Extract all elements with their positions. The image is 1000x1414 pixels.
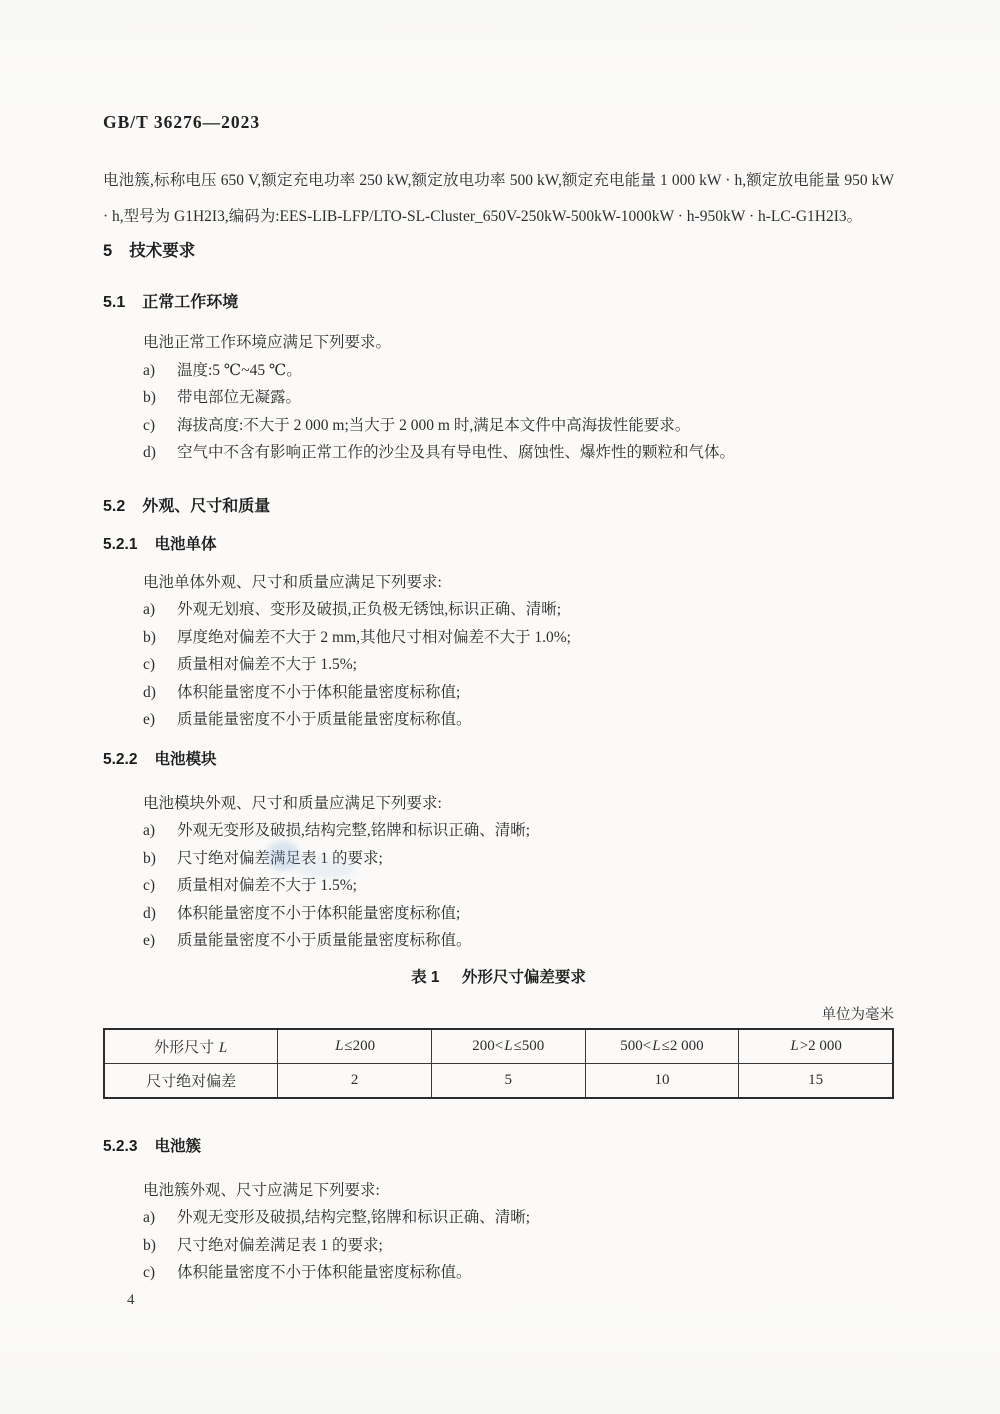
- list-item-label: e): [143, 927, 177, 955]
- list-item-text: 质量相对偏差不大于 1.5%;: [177, 872, 894, 900]
- cell-text: >2 000: [800, 1038, 842, 1054]
- list-item-label: c): [143, 872, 177, 900]
- list-item-text: 外观无变形及破损,结构完整,铭牌和标识正确、清晰;: [177, 817, 894, 845]
- section-521-number: 5.2.1: [103, 533, 137, 557]
- section-521-heading: 5.2.1 电池单体: [103, 533, 894, 557]
- list-item: e) 质量能量密度不小于质量能量密度标称值。: [143, 706, 894, 734]
- list-item-label: a): [143, 596, 177, 624]
- section-51-number: 5.1: [103, 291, 125, 315]
- table-cell: 尺寸绝对偏差: [104, 1063, 278, 1098]
- list-item-label: b): [143, 1232, 177, 1260]
- list-item-text: 体积能量密度不小于体积能量密度标称值;: [177, 679, 894, 707]
- list-item-text: 温度:5 ℃~45 ℃。: [177, 357, 894, 385]
- page-number: 4: [127, 1287, 894, 1314]
- list-item-text: 尺寸绝对偏差满足表 1 的要求;: [177, 845, 894, 873]
- list-item-label: e): [143, 706, 177, 734]
- section-521-title: 电池单体: [154, 533, 216, 557]
- table-header-cell: 外形尺寸 L: [104, 1029, 278, 1064]
- section-522-heading: 5.2.2 电池模块: [103, 748, 894, 772]
- list-item-text: 外观无变形及破损,结构完整,铭牌和标识正确、清晰;: [177, 1204, 894, 1232]
- list-item: c) 海拔高度:不大于 2 000 m;当大于 2 000 m 时,满足本文件中…: [143, 412, 894, 440]
- list-item-text: 空气中不含有影响正常工作的沙尘及具有导电性、腐蚀性、爆炸性的颗粒和气体。: [177, 439, 894, 467]
- section-522-number: 5.2.2: [103, 748, 137, 772]
- section-523-title: 电池簇: [154, 1135, 201, 1159]
- list-item-label: a): [143, 817, 177, 845]
- list-item-text: 厚度绝对偏差不大于 2 mm,其他尺寸相对偏差不大于 1.0%;: [177, 624, 894, 652]
- list-item: e) 质量能量密度不小于质量能量密度标称值。: [143, 927, 894, 955]
- document-page: GB/T 36276—2023 电池簇,标称电压 650 V,额定充电功率 25…: [0, 0, 1000, 1414]
- table-1-unit-note: 单位为毫米: [103, 1005, 894, 1025]
- section-51-title: 正常工作环境: [142, 291, 238, 315]
- list-item-text: 质量能量密度不小于质量能量密度标称值。: [177, 927, 894, 955]
- list-item: d) 体积能量密度不小于体积能量密度标称值;: [143, 900, 894, 928]
- list-item: a) 外观无变形及破损,结构完整,铭牌和标识正确、清晰;: [143, 817, 894, 845]
- list-item-label: b): [143, 624, 177, 652]
- table-cell: 5: [431, 1063, 585, 1098]
- section-51-heading: 5.1 正常工作环境: [103, 291, 894, 315]
- list-item-text: 尺寸绝对偏差满足表 1 的要求;: [177, 1232, 894, 1260]
- section-522-lead: 电池模块外观、尺寸和质量应满足下列要求:: [143, 790, 894, 818]
- list-item-text: 海拔高度:不大于 2 000 m;当大于 2 000 m 时,满足本文件中高海拔…: [177, 412, 894, 440]
- list-item-text: 外观无划痕、变形及破损,正负极无锈蚀,标识正确、清晰;: [177, 596, 894, 624]
- cell-var: L: [789, 1038, 799, 1054]
- list-item-label: c): [143, 651, 177, 679]
- section-5-heading: 5 技术要求: [103, 239, 894, 263]
- table-cell: 2: [278, 1063, 432, 1098]
- list-item-text: 带电部位无凝露。: [177, 384, 894, 412]
- list-item-label: d): [143, 900, 177, 928]
- section-52-number: 5.2: [103, 495, 125, 519]
- list-item-text: 质量能量密度不小于质量能量密度标称值。: [177, 706, 894, 734]
- section-52-title: 外观、尺寸和质量: [142, 495, 270, 519]
- section-521-lead: 电池单体外观、尺寸和质量应满足下列要求:: [143, 569, 894, 597]
- section-523-number: 5.2.3: [103, 1135, 137, 1159]
- list-item: a) 温度:5 ℃~45 ℃。: [143, 357, 894, 385]
- list-item: b) 厚度绝对偏差不大于 2 mm,其他尺寸相对偏差不大于 1.0%;: [143, 624, 894, 652]
- cell-var: L: [651, 1038, 661, 1054]
- table-1-header-row: 外形尺寸 L L≤200 200<L≤500 500<L≤2 000 L>2 0…: [104, 1029, 893, 1064]
- table-1-title: 表 1 外形尺寸偏差要求: [103, 967, 894, 989]
- section-5-title: 技术要求: [129, 239, 195, 263]
- table-header-cell: L>2 000: [739, 1029, 893, 1064]
- intro-paragraph: 电池簇,标称电压 650 V,额定充电功率 250 kW,额定放电功率 500 …: [103, 163, 894, 235]
- list-item-text: 体积能量密度不小于体积能量密度标称值。: [177, 1259, 894, 1287]
- cell-text: ≤500: [514, 1038, 545, 1054]
- doc-number-header: GB/T 36276—2023: [103, 112, 894, 132]
- list-item: b) 尺寸绝对偏差满足表 1 的要求;: [143, 1232, 894, 1260]
- list-item-label: d): [143, 679, 177, 707]
- list-item: c) 体积能量密度不小于体积能量密度标称值。: [143, 1259, 894, 1287]
- section-522-title: 电池模块: [154, 748, 216, 772]
- table-1-data-row: 尺寸绝对偏差 2 5 10 15: [104, 1063, 893, 1098]
- list-item-label: a): [143, 1204, 177, 1232]
- list-item-label: d): [143, 439, 177, 467]
- list-item-label: c): [143, 412, 177, 440]
- table-1-caption: 外形尺寸偏差要求: [462, 969, 586, 986]
- table-header-cell: 500<L≤2 000: [585, 1029, 739, 1064]
- list-item: b) 带电部位无凝露。: [143, 384, 894, 412]
- list-item: c) 质量相对偏差不大于 1.5%;: [143, 651, 894, 679]
- cell-var: L: [218, 1040, 228, 1056]
- section-51-lead: 电池正常工作环境应满足下列要求。: [143, 329, 894, 357]
- list-item: a) 外观无变形及破损,结构完整,铭牌和标识正确、清晰;: [143, 1204, 894, 1232]
- cell-text: ≤2 000: [662, 1038, 704, 1054]
- section-5-number: 5: [103, 239, 112, 263]
- cell-text: 200<: [472, 1038, 503, 1054]
- cell-text: 500<: [620, 1038, 651, 1054]
- list-item-label: a): [143, 357, 177, 385]
- table-header-cell: 200<L≤500: [431, 1029, 585, 1064]
- section-52-heading: 5.2 外观、尺寸和质量: [103, 495, 894, 519]
- table-cell: 15: [739, 1063, 893, 1098]
- list-item: b) 尺寸绝对偏差满足表 1 的要求;: [143, 845, 894, 873]
- table-cell: 10: [585, 1063, 739, 1098]
- list-item-label: c): [143, 1259, 177, 1287]
- list-item-text: 体积能量密度不小于体积能量密度标称值;: [177, 900, 894, 928]
- cell-var: L: [334, 1038, 344, 1054]
- table-1: 外形尺寸 L L≤200 200<L≤500 500<L≤2 000 L>2 0…: [103, 1028, 894, 1099]
- list-item-label: b): [143, 845, 177, 873]
- section-523-lead: 电池簇外观、尺寸应满足下列要求:: [143, 1177, 894, 1205]
- table-header-cell: L≤200: [278, 1029, 432, 1064]
- section-523-heading: 5.2.3 电池簇: [103, 1135, 894, 1159]
- cell-var: L: [503, 1038, 513, 1054]
- list-item-text: 质量相对偏差不大于 1.5%;: [177, 651, 894, 679]
- list-item: d) 空气中不含有影响正常工作的沙尘及具有导电性、腐蚀性、爆炸性的颗粒和气体。: [143, 439, 894, 467]
- cell-text: ≤200: [344, 1038, 375, 1054]
- list-item: a) 外观无划痕、变形及破损,正负极无锈蚀,标识正确、清晰;: [143, 596, 894, 624]
- list-item: d) 体积能量密度不小于体积能量密度标称值;: [143, 679, 894, 707]
- list-item: c) 质量相对偏差不大于 1.5%;: [143, 872, 894, 900]
- cell-text: 外形尺寸: [154, 1040, 218, 1056]
- list-item-label: b): [143, 384, 177, 412]
- table-1-label: 表 1: [411, 969, 439, 986]
